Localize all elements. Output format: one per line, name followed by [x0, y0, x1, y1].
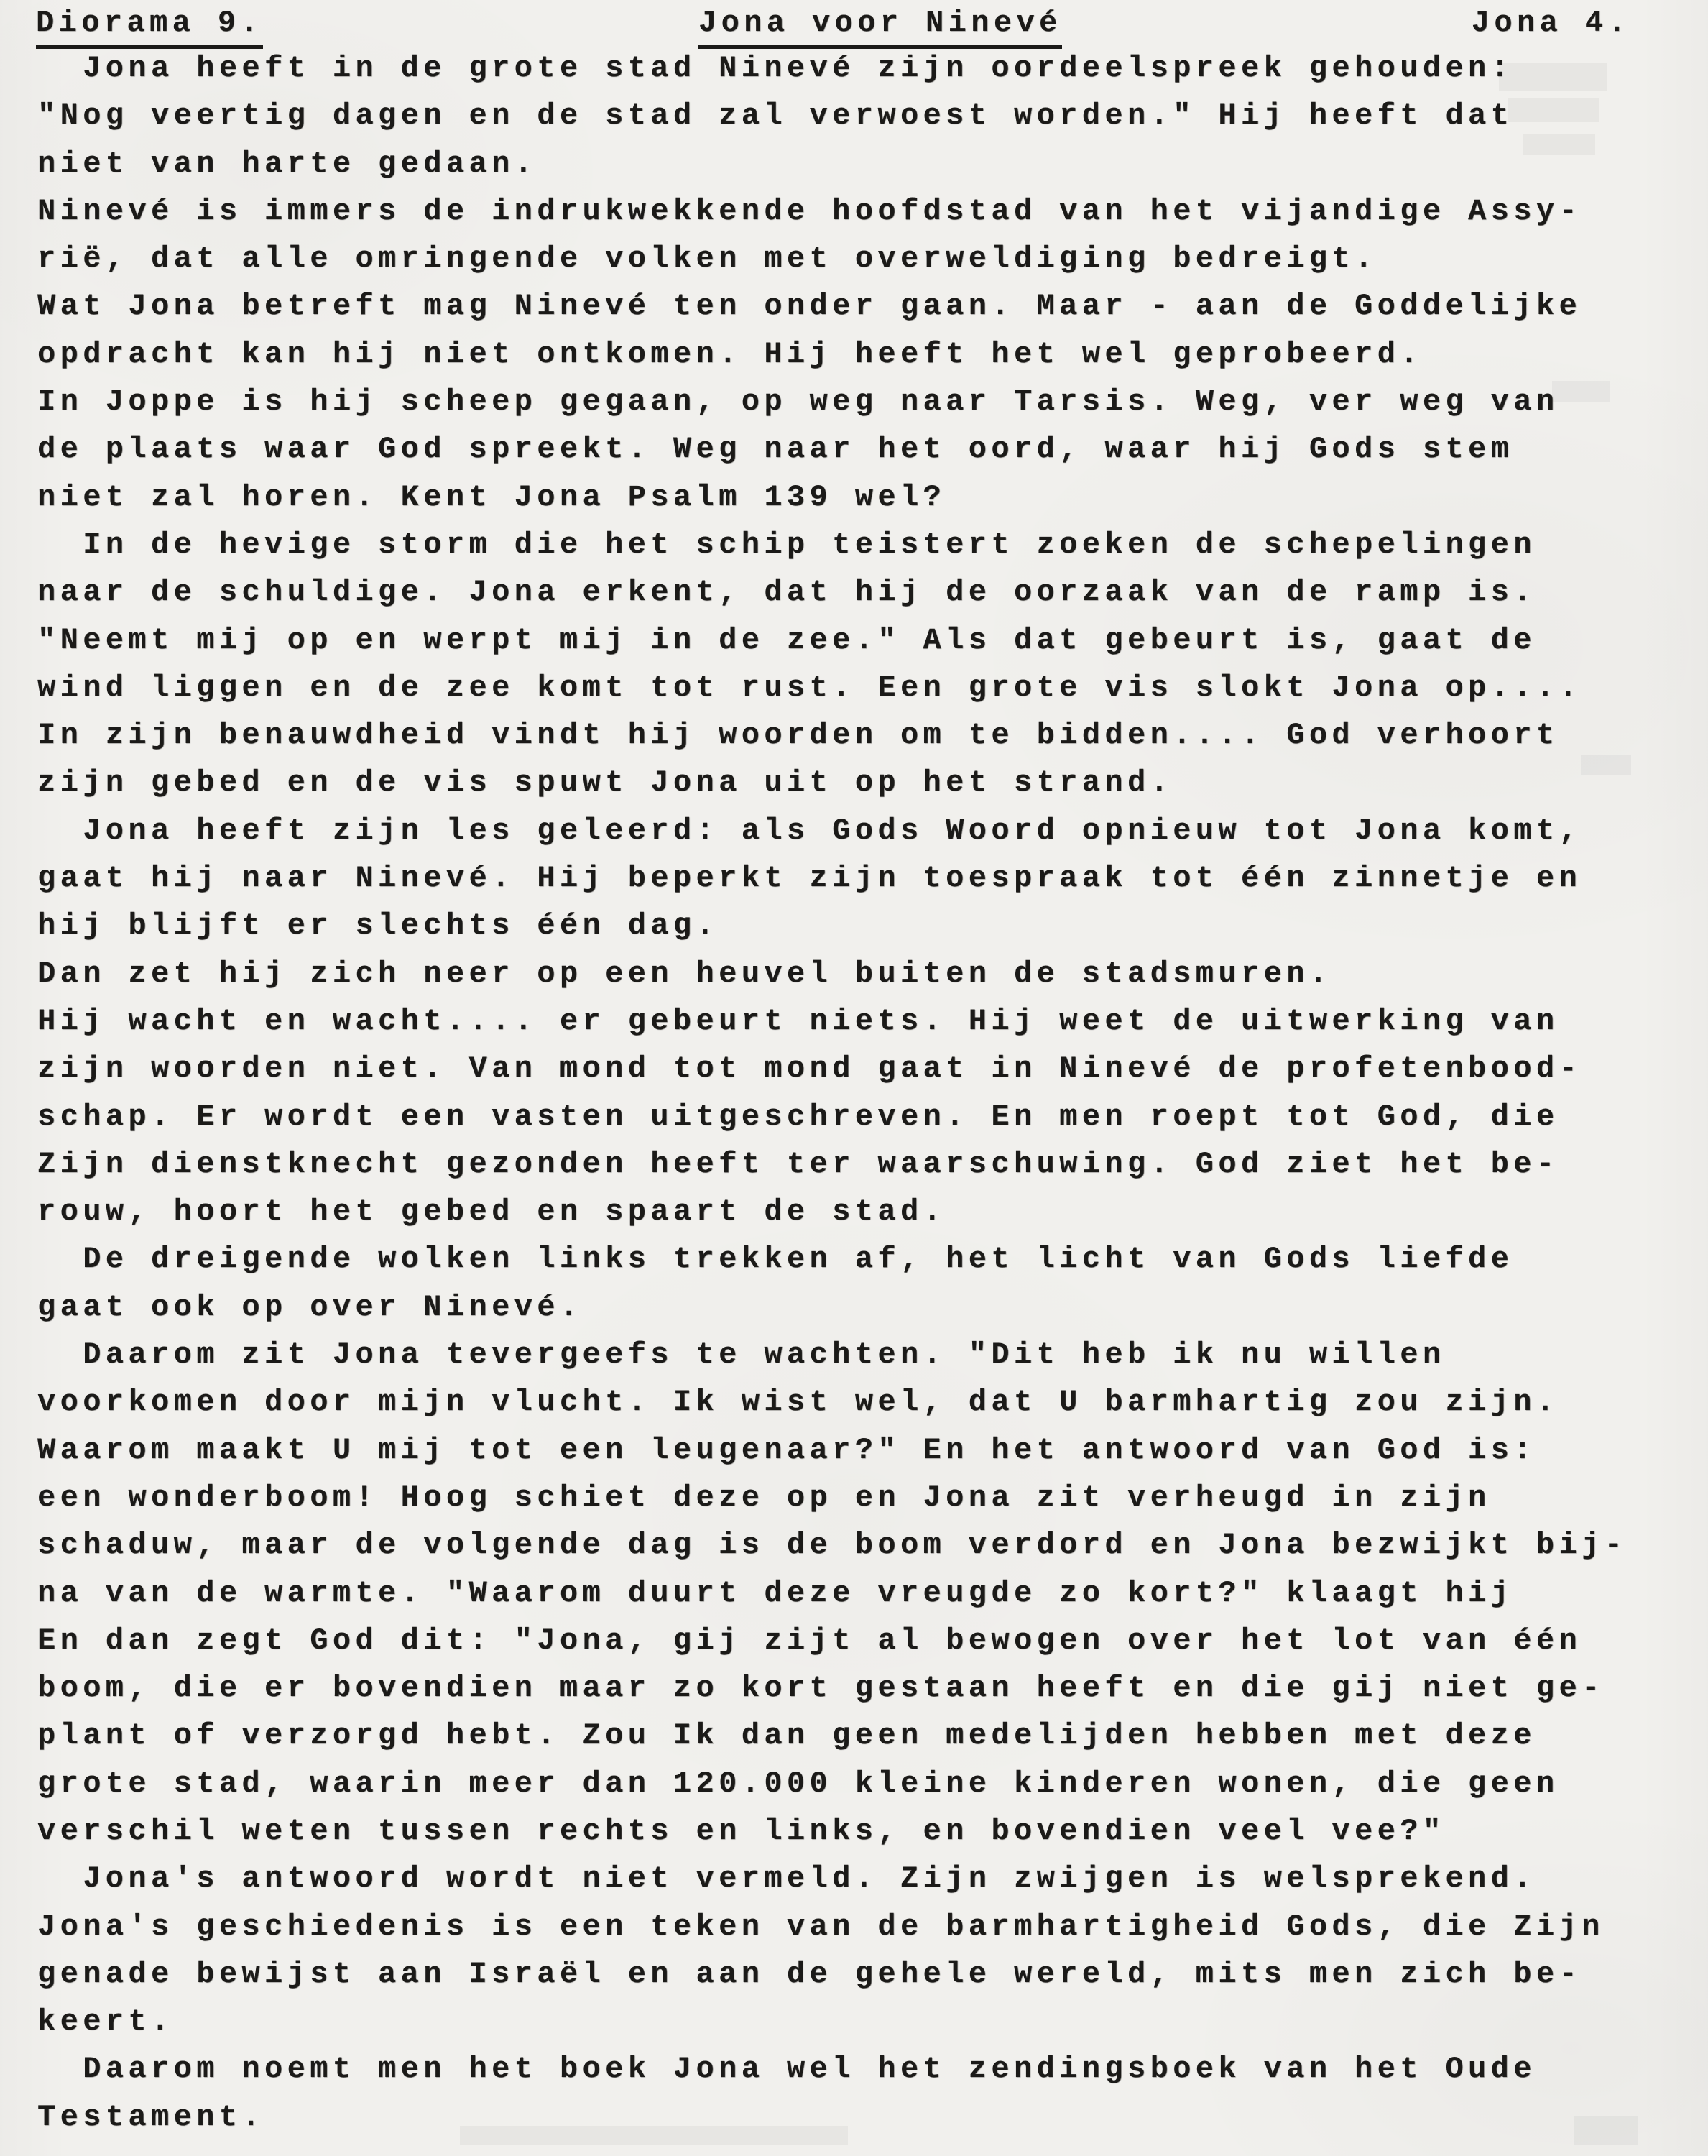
text-line: keert. — [37, 1998, 1694, 2045]
text-line: rië, dat alle omringende volken met over… — [37, 235, 1694, 282]
scan-artifact — [1499, 63, 1607, 91]
text-line: na van de warmte. "Waarom duurt deze vre… — [37, 1570, 1694, 1617]
text-line: boom, die er bovendien maar zo kort gest… — [37, 1664, 1694, 1712]
text-line: zijn gebed en de vis spuwt Jona uit op h… — [37, 759, 1694, 806]
text-line: Hij wacht en wacht.... er gebeurt niets.… — [37, 998, 1694, 1045]
text-line: Ninevé is immers de indrukwekkende hoofd… — [37, 188, 1694, 235]
text-line: verschil weten tussen rechts en links, e… — [37, 1807, 1694, 1855]
scan-artifact — [1581, 755, 1631, 775]
text-line: Jona heeft in de grote stad Ninevé zijn … — [37, 45, 1694, 92]
text-line: In Joppe is hij scheep gegaan, op weg na… — [37, 378, 1694, 425]
text-line: een wonderboom! Hoog schiet deze op en J… — [37, 1474, 1694, 1521]
text-line: niet van harte gedaan. — [37, 140, 1694, 188]
text-line: gaat ook op over Ninevé. — [37, 1284, 1694, 1331]
text-line: Jona's geschiedenis is een teken van de … — [37, 1903, 1694, 1950]
document-page: Diorama 9. Jona voor Ninevé Jona 4. Jona… — [0, 0, 1708, 2156]
text-line: wind liggen en de zee komt tot rust. Een… — [37, 664, 1694, 711]
text-line: "Nog veertig dagen en de stad zal verwoe… — [37, 92, 1694, 139]
text-line: En dan zegt God dit: "Jona, gij zijt al … — [37, 1617, 1694, 1664]
text-line: plant of verzorgd hebt. Zou Ik dan geen … — [37, 1712, 1694, 1759]
text-line: De dreigende wolken links trekken af, he… — [37, 1235, 1694, 1283]
text-line: Daarom noemt men het boek Jona wel het z… — [37, 2045, 1694, 2093]
text-line: In de hevige storm die het schip teister… — [37, 521, 1694, 568]
header-left-title-text: Diorama 9. — [36, 6, 263, 49]
text-line: rouw, hoort het gebed en spaart de stad. — [37, 1188, 1694, 1235]
scan-artifact — [1523, 134, 1595, 155]
text-line: gaat hij naar Ninevé. Hij beperkt zijn t… — [37, 854, 1694, 902]
header-left-title: Diorama 9. — [36, 6, 263, 49]
text-line: schap. Er wordt een vasten uitgeschreven… — [37, 1093, 1694, 1141]
page-header: Diorama 9. Jona voor Ninevé Jona 4. — [0, 6, 1708, 49]
body-text: Jona heeft in de grote stad Ninevé zijn … — [37, 45, 1694, 2141]
text-line: genade bewijst aan Israël en aan de gehe… — [37, 1950, 1694, 1998]
text-line: niet zal horen. Kent Jona Psalm 139 wel? — [37, 474, 1694, 521]
text-line: Waarom maakt U mij tot een leugenaar?" E… — [37, 1427, 1694, 1474]
header-page-number: Jona 4. — [1472, 6, 1630, 40]
text-line: Zijn dienstknecht gezonden heeft ter waa… — [37, 1141, 1694, 1188]
text-line: hij blijft er slechts één dag. — [37, 902, 1694, 949]
text-line: naar de schuldige. Jona erkent, dat hij … — [37, 568, 1694, 616]
scan-artifact — [1508, 98, 1599, 122]
text-line: Wat Jona betreft mag Ninevé ten onder ga… — [37, 282, 1694, 330]
header-center-title-text: Jona voor Ninevé — [698, 6, 1062, 49]
text-line: voorkomen door mijn vlucht. Ik wist wel,… — [37, 1378, 1694, 1426]
header-center-title: Jona voor Ninevé — [698, 6, 1062, 49]
text-line: de plaats waar God spreekt. Weg naar het… — [37, 425, 1694, 473]
scan-artifact — [1574, 2116, 1638, 2145]
text-line: In zijn benauwdheid vindt hij woorden om… — [37, 711, 1694, 759]
text-line: zijn woorden niet. Van mond tot mond gaa… — [37, 1045, 1694, 1092]
text-line: Jona's antwoord wordt niet vermeld. Zijn… — [37, 1855, 1694, 1902]
text-line: Daarom zit Jona tevergeefs te wachten. "… — [37, 1331, 1694, 1378]
text-line: Testament. — [37, 2093, 1694, 2141]
text-line: opdracht kan hij niet ontkomen. Hij heef… — [37, 331, 1694, 378]
scan-artifact — [1552, 381, 1610, 402]
text-line: "Neemt mij op en werpt mij in de zee." A… — [37, 617, 1694, 664]
text-line: Dan zet hij zich neer op een heuvel buit… — [37, 950, 1694, 998]
text-line: Jona heeft zijn les geleerd: als Gods Wo… — [37, 807, 1694, 854]
scan-artifact — [460, 2126, 848, 2145]
text-line: grote stad, waarin meer dan 120.000 klei… — [37, 1760, 1694, 1807]
text-line: schaduw, maar de volgende dag is de boom… — [37, 1521, 1694, 1569]
